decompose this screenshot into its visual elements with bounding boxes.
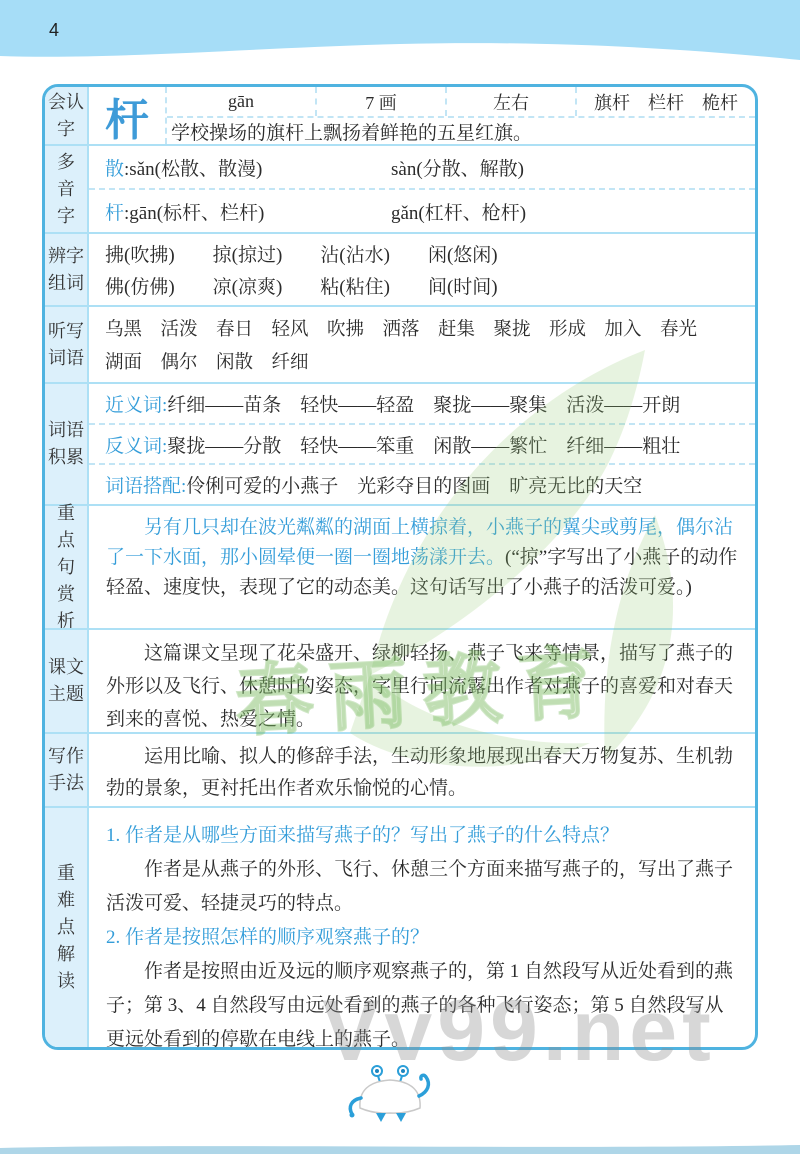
row-label: 重 难 点 解 读 <box>45 808 89 1047</box>
synonyms-line: 近义词: 纤细——苗条 轻快——轻盈 聚拢——聚集 活泼——开朗 <box>89 384 755 423</box>
row-word-accumulation: 词语 积累 近义词: 纤细——苗条 轻快——轻盈 聚拢——聚集 活泼——开朗 反… <box>45 382 755 504</box>
big-character: 杆 <box>89 87 165 144</box>
row-text-theme: 课文 主题 这篇课文呈现了花朵盛开、绿柳轻扬、燕子飞来等情景，描写了燕子的外形以… <box>45 628 755 732</box>
row-writing-technique: 写作 手法 运用比喻、拟人的修辞手法，生动形象地展现出春天万物复苏、生机勃勃的景… <box>45 732 755 806</box>
study-table: 会认 字 杆 gān 7 画 左右 旗杆 栏杆 桅杆 学校操场的旗杆上飘扬着鲜艳… <box>42 84 758 1050</box>
row-content: 这篇课文呈现了花朵盛开、绿柳轻扬、燕子飞来等情景，描写了燕子的外形以及飞行、休憩… <box>89 630 755 732</box>
row-label: 重 点 句 赏 析 <box>45 506 89 628</box>
row-key-points-interpretation: 重 难 点 解 读 1. 作者是从哪些方面来描写燕子的？写出了燕子的什么特点？ … <box>45 806 755 1047</box>
synonyms-label: 近义词: <box>105 390 167 417</box>
technique-text: 运用比喻、拟人的修辞手法，生动形象地展现出春天万物复苏、生机勃勃的景象，更衬托出… <box>89 734 755 805</box>
row-content: 另有几只却在波光粼粼的湖面上横掠着，小燕子的翼尖或剪尾，偶尔沾了一下水面，那小圆… <box>89 506 755 628</box>
row-content: 杆 gān 7 画 左右 旗杆 栏杆 桅杆 学校操场的旗杆上飘扬着鲜艳的五星红旗… <box>89 87 755 144</box>
mascot-right-arm <box>419 1075 428 1096</box>
reading-two: gǎn(杠杆、枪杆) <box>391 198 526 225</box>
row-polyphonic-characters: 多 音 字 散:sǎn(松散、散漫) sàn(分散、解散) 杆:gān(标杆、栏… <box>45 144 755 232</box>
antonyms-line: 反义词: 聚拢——分散 轻快——笨重 闲散——繁忙 纤细——粗壮 <box>89 423 755 464</box>
word-line: 佛(仿佛) 凉(凉爽) 粘(粘住) 间(时间) <box>105 272 755 299</box>
collocations-label: 词语搭配: <box>105 471 186 498</box>
polyphonic-entry: 散:sǎn(松散、散漫) sàn(分散、解散) <box>89 146 755 188</box>
character-structure: 左右 <box>447 87 577 116</box>
row-key-sentence-analysis: 重 点 句 赏 析 另有几只却在波光粼粼的湖面上横掠着，小燕子的翼尖或剪尾，偶尔… <box>45 504 755 628</box>
polyphonic-entry: 杆:gān(标杆、栏杆) gǎn(杠杆、枪杆) <box>89 188 755 232</box>
row-label: 写作 手法 <box>45 734 89 806</box>
reading-one: :sǎn(松散、散漫) <box>124 159 262 180</box>
row-content: 运用比喻、拟人的修辞手法，生动形象地展现出春天万物复苏、生机勃勃的景象，更衬托出… <box>89 734 755 806</box>
row-label: 辨字 组词 <box>45 234 89 305</box>
row-content: 乌黑 活泼 春日 轻风 吹拂 洒落 赶集 聚拢 形成 加入 春光 湖面 偶尔 闲… <box>89 307 755 382</box>
row-content: 散:sǎn(松散、散漫) sàn(分散、解散) 杆:gān(标杆、栏杆) gǎn… <box>89 146 755 232</box>
question-1: 1. 作者是从哪些方面来描写燕子的？写出了燕子的什么特点？ <box>106 819 741 853</box>
example-words: 旗杆 栏杆 桅杆 <box>577 87 755 116</box>
row-label: 课文 主题 <box>45 630 89 732</box>
row-dictation-words: 听写 词语 乌黑 活泼 春日 轻风 吹拂 洒落 赶集 聚拢 形成 加入 春光 湖… <box>45 305 755 382</box>
antonyms-label: 反义词: <box>105 431 167 458</box>
pinyin: gān <box>167 87 317 116</box>
theme-text: 这篇课文呈现了花朵盛开、绿柳轻扬、燕子飞来等情景，描写了燕子的外形以及飞行、休憩… <box>89 630 755 736</box>
row-content: 近义词: 纤细——苗条 轻快——轻盈 聚拢——聚集 活泼——开朗 反义词: 聚拢… <box>89 384 755 504</box>
polyphonic-character: 散 <box>105 159 124 180</box>
row-content: 拂(吹拂) 掠(掠过) 沾(沾水) 闲(悠闲) 佛(仿佛) 凉(凉爽) 粘(粘住… <box>89 234 755 305</box>
top-wave-decoration <box>0 0 800 70</box>
answer-2: 作者是按照由近及远的顺序观察燕子的，第 1 自然段写从近处看到的燕子；第 3、4… <box>106 955 741 1050</box>
word-line: 乌黑 活泼 春日 轻风 吹拂 洒落 赶集 聚拢 形成 加入 春光 <box>105 315 755 341</box>
row-label: 会认 字 <box>45 87 89 144</box>
polyphonic-character: 杆 <box>105 203 124 224</box>
page-number: 4 <box>0 20 108 41</box>
mascot-body <box>360 1080 420 1113</box>
antonyms-text: 聚拢——分散 轻快——笨重 闲散——繁忙 纤细——粗壮 <box>167 431 680 458</box>
row-recognize-character: 会认 字 杆 gān 7 画 左右 旗杆 栏杆 桅杆 学校操场的旗杆上飘扬着鲜艳… <box>45 87 755 144</box>
collocations-text: 伶俐可爱的小燕子 光彩夺目的图画 旷亮无比的天空 <box>186 471 642 498</box>
row-label: 词语 积累 <box>45 384 89 504</box>
mascot-foot <box>376 1113 386 1122</box>
word-line: 拂(吹拂) 掠(掠过) 沾(沾水) 闲(悠闲) <box>105 240 755 267</box>
stroke-count: 7 画 <box>317 87 447 116</box>
row-distinguish-characters: 辨字 组词 拂(吹拂) 掠(掠过) 沾(沾水) 闲(悠闲) 佛(仿佛) 凉(凉爽… <box>45 232 755 305</box>
row-label: 听写 词语 <box>45 307 89 382</box>
answer-1: 作者是从燕子的外形、飞行、休憩三个方面来描写燕子的，写出了燕子活泼可爱、轻捷灵巧… <box>106 853 741 921</box>
row-content: 1. 作者是从哪些方面来描写燕子的？写出了燕子的什么特点？ 作者是从燕子的外形、… <box>89 808 755 1047</box>
example-sentence: 学校操场的旗杆上飘扬着鲜艳的五星红旗。 <box>167 116 755 145</box>
reading-two: sàn(分散、解散) <box>391 154 524 181</box>
bottom-edge-decoration <box>0 1140 800 1154</box>
collocations-line: 词语搭配: 伶俐可爱的小燕子 光彩夺目的图画 旷亮无比的天空 <box>89 463 755 504</box>
mascot-foot <box>396 1113 406 1122</box>
workbook-page: { "page": { "number": "4" }, "watermarks… <box>0 0 800 1154</box>
question-2: 2. 作者是按照怎样的顺序观察燕子的？ <box>106 921 741 955</box>
reading-one: :gān(标杆、栏杆) <box>124 203 264 224</box>
word-line: 湖面 偶尔 闲散 纤细 <box>105 348 755 374</box>
row-label: 多 音 字 <box>45 146 89 232</box>
page-number-mascot <box>336 1062 444 1126</box>
synonyms-text: 纤细——苗条 轻快——轻盈 聚拢——聚集 活泼——开朗 <box>167 390 680 417</box>
